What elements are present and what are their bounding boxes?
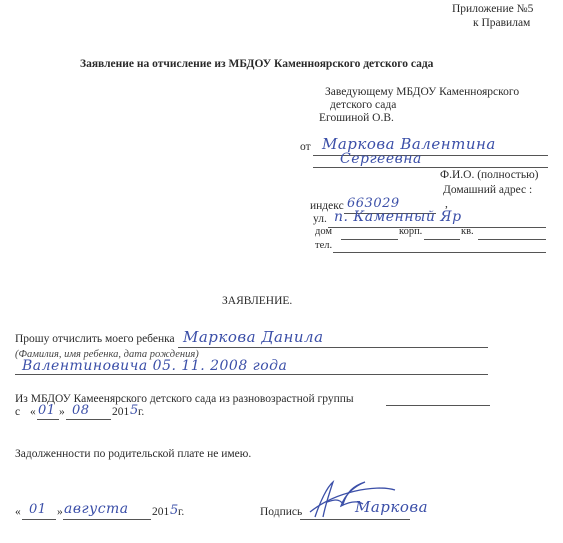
document-title: Заявление на отчисление из МБДОУ Каменно… <box>80 58 433 70</box>
group-month: 08 <box>72 403 90 418</box>
child-name: Маркова Данила <box>183 328 324 346</box>
block-label: корп. <box>399 226 422 237</box>
signature-name: Маркова <box>355 498 428 516</box>
footer-date-open-quote: « <box>15 506 21 518</box>
addressee-line-1: Заведующему МБДОУ Каменноярского <box>325 86 519 98</box>
group-day-underline <box>37 419 59 420</box>
apt-label: кв. <box>461 226 474 237</box>
group-from-prefix: с <box>15 406 20 418</box>
group-underline <box>386 405 490 406</box>
appendix-line-2: к Правилам <box>473 17 530 29</box>
house-underline <box>341 239 398 240</box>
request-text: Прошу отчислить моего ребенка <box>15 333 175 345</box>
group-day: 01 <box>38 403 56 418</box>
from-label: от <box>300 141 311 153</box>
footer-day: 01 <box>29 502 47 517</box>
addressee-line-3: Егошиной О.В. <box>319 112 394 124</box>
group-date-open-quote: « <box>30 406 36 418</box>
footer-date-close-quote: » <box>57 506 63 518</box>
addressee-line-2: детского сада <box>330 99 396 111</box>
apt-underline <box>478 239 546 240</box>
child-name-underline <box>178 347 488 348</box>
footer-day-underline <box>22 519 56 520</box>
group-year-prefix: 201 <box>112 406 129 418</box>
footer-month: августа <box>64 501 129 517</box>
address-label: Домашний адрес : <box>443 184 532 196</box>
debt-statement: Задолженности по родительской плате не и… <box>15 448 251 460</box>
footer-year-suffix: г. <box>178 506 184 518</box>
fio-caption: Ф.И.О. (полностью) <box>440 169 539 181</box>
from-name-line-2: Сергеевна <box>340 151 422 167</box>
group-text: Из МБДОУ Камеенярского детского сада из … <box>15 393 354 405</box>
from-underline-2 <box>313 167 548 168</box>
street-underline <box>328 227 546 228</box>
group-month-underline <box>66 419 111 420</box>
house-label: дом <box>315 226 332 237</box>
block-underline <box>424 239 460 240</box>
phone-label: тел. <box>315 240 332 251</box>
group-date-close-quote: » <box>59 406 65 418</box>
signature-label: Подпись <box>260 506 302 518</box>
footer-month-underline <box>63 519 151 520</box>
street-value: п. Каменный Яр <box>334 209 462 225</box>
footer-year-prefix: 201 <box>152 506 169 518</box>
appendix-line-1: Приложение №5 <box>452 3 533 15</box>
phone-underline <box>333 252 546 253</box>
child-line2-underline <box>15 374 488 375</box>
group-year-suffix: г. <box>138 406 144 418</box>
child-line-2: Валентиновича 05. 11. 2008 года <box>22 358 287 374</box>
street-label: ул. <box>313 213 327 225</box>
statement-heading: ЗАЯВЛЕНИЕ. <box>222 295 292 307</box>
